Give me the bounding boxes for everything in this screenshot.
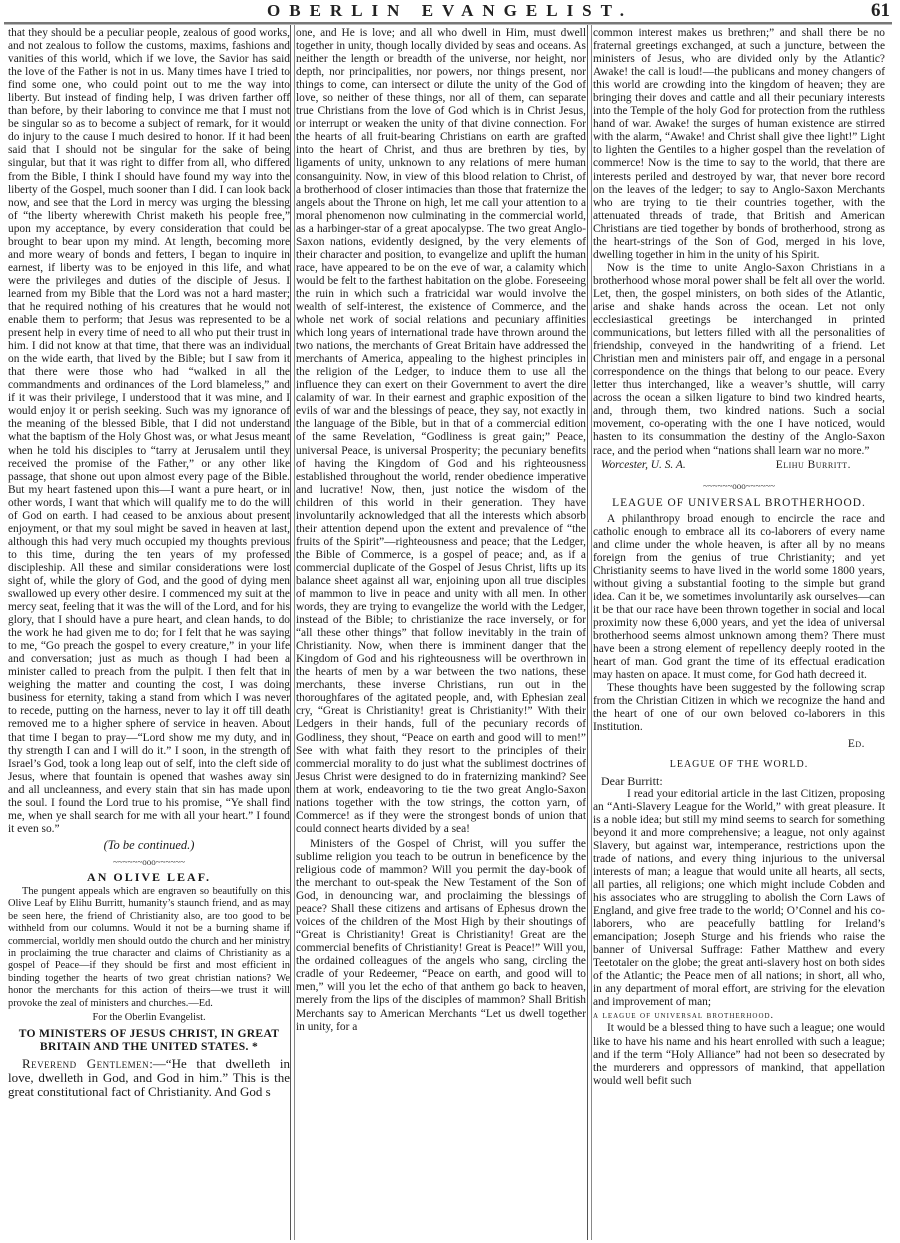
dear-burritt-salutation: Dear Burritt: (593, 775, 885, 788)
signature-place: Worcester, U. S. A. (601, 459, 686, 472)
column-3: common interest makes us brethren;” and … (593, 27, 885, 1088)
section-divider: ~~~~~~ooo~~~~~~ (593, 480, 885, 493)
masthead-rule (4, 22, 892, 25)
letter-body-text: common interest makes us brethren;” and … (593, 27, 885, 262)
page-number: 61 (871, 0, 890, 22)
column-1: that they should be a peculiar people, z… (8, 27, 290, 1099)
letter-body-text: Now is the time to unite Anglo-Saxon Chr… (593, 262, 885, 458)
letter-body-text: Ministers of the Gospel of Christ, will … (296, 838, 586, 1034)
to-be-continued: (To be continued.) (8, 839, 290, 852)
signature-line: Worcester, U. S. A. Elihu Burritt. (593, 459, 885, 472)
league-paragraph: These thoughts have been suggested by th… (593, 682, 885, 734)
section-divider: ~~~~~~ooo~~~~~~ (8, 856, 290, 869)
salutation: Reverend Gentlemen (22, 1056, 149, 1071)
world-letter-text: I read your editorial article in the las… (593, 788, 885, 1010)
signature-name: Elihu Burritt. (776, 459, 851, 472)
masthead: OBERLIN EVANGELIST. 61 (0, 0, 900, 22)
olive-leaf-heading: AN OLIVE LEAF. (8, 871, 290, 884)
column-divider (587, 25, 592, 1240)
for-oberlin-line: For the Oberlin Evangelist. (8, 1012, 290, 1024)
article-continuation-text: that they should be a peculiar people, z… (8, 27, 290, 836)
editor-signature: Ed. (593, 738, 885, 751)
league-heading: LEAGUE OF UNIVERSAL BROTHERHOOD. (593, 497, 885, 510)
column-2: one, and He is love; and all who dwell i… (296, 27, 586, 1034)
letter-body-text: one, and He is love; and all who dwell i… (296, 27, 586, 836)
league-of-world-heading: LEAGUE OF THE WORLD. (593, 758, 885, 771)
ministers-heading: TO MINISTERS OF JESUS CHRIST, IN GREAT B… (8, 1027, 290, 1053)
column-divider (290, 25, 295, 1240)
olive-leaf-intro: The pungent appeals which are engraven s… (8, 886, 290, 1010)
world-letter-text: It would be a blessed thing to have such… (593, 1022, 885, 1087)
league-caps-line: a league of universal brotherhood. (593, 1009, 885, 1022)
newspaper-title: OBERLIN EVANGELIST. (0, 1, 900, 21)
league-paragraph: A philanthropy broad enough to encircle … (593, 513, 885, 683)
